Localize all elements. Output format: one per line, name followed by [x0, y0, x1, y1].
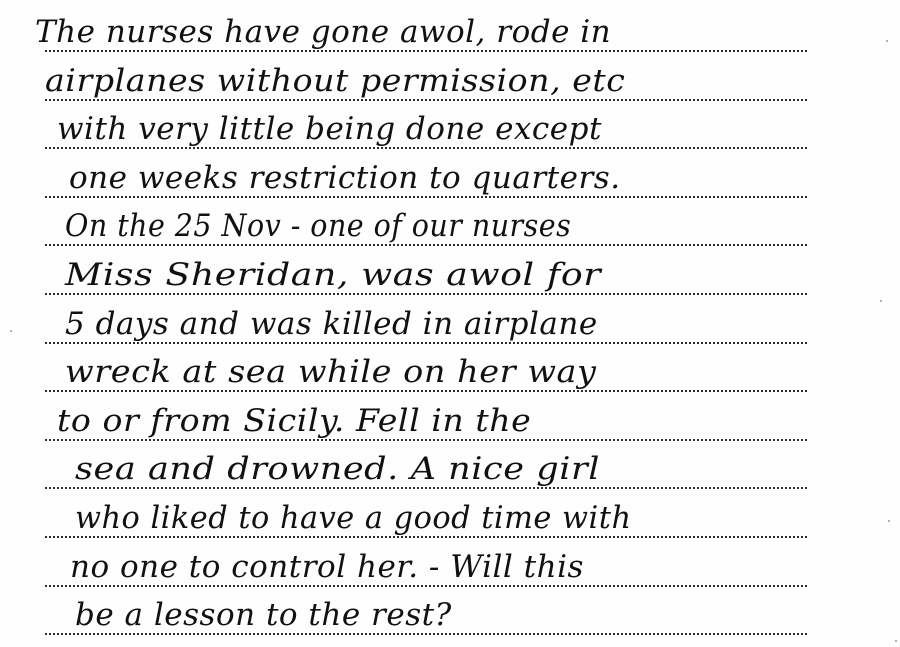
ruled-line-1: The nurses have gone awol, rode in	[45, 3, 807, 52]
scan-speck	[886, 40, 888, 42]
ruled-line-9: to or from Sicily. Fell in the	[45, 392, 807, 441]
handwritten-text-line: wreck at sea while on her way	[65, 353, 596, 391]
scan-speck	[10, 330, 12, 332]
ruled-line-3: with very little being done except	[45, 100, 807, 149]
scan-speck	[880, 300, 882, 302]
scan-speck	[895, 640, 897, 642]
handwritten-text-line: On the 25 Nov - one of our nurses	[65, 207, 571, 245]
handwritten-text-line: who liked to have a good time with	[75, 499, 632, 537]
handwritten-text-line: Miss Sheridan, was awol for	[65, 256, 601, 294]
handwritten-text-line: be a lesson to the rest?	[75, 596, 452, 634]
ruled-line-10: sea and drowned. A nice girl	[45, 440, 807, 489]
handwritten-text-line: The nurses have gone awol, rode in	[35, 13, 611, 51]
handwritten-page: The nurses have gone awol, rode in airpl…	[0, 0, 900, 647]
handwritten-text-line: to or from Sicily. Fell in the	[57, 402, 531, 440]
handwritten-text-line: airplanes without permission, etc	[45, 62, 625, 100]
ruled-line-12: no one to control her. - Will this	[45, 538, 807, 587]
dotted-rule	[45, 633, 807, 635]
handwritten-text-line: with very little being done except	[57, 110, 602, 148]
handwritten-text-line: 5 days and was killed in airplane	[65, 305, 598, 343]
handwritten-text-line: one weeks restriction to quarters.	[69, 159, 621, 197]
ruled-line-4: one weeks restriction to quarters.	[45, 149, 807, 198]
ruled-line-7: 5 days and was killed in airplane	[45, 295, 807, 344]
handwritten-text-line: no one to control her. - Will this	[70, 548, 584, 586]
ruled-line-11: who liked to have a good time with	[45, 489, 807, 538]
ruled-line-13: be a lesson to the rest?	[45, 586, 807, 635]
handwritten-text-line: sea and drowned. A nice girl	[75, 450, 600, 488]
ruled-line-6: Miss Sheridan, was awol for	[45, 246, 807, 295]
scan-speck	[888, 520, 890, 522]
ruled-line-5: On the 25 Nov - one of our nurses	[45, 197, 807, 246]
ruled-line-2: airplanes without permission, etc	[45, 52, 807, 101]
ruled-line-8: wreck at sea while on her way	[45, 343, 807, 392]
